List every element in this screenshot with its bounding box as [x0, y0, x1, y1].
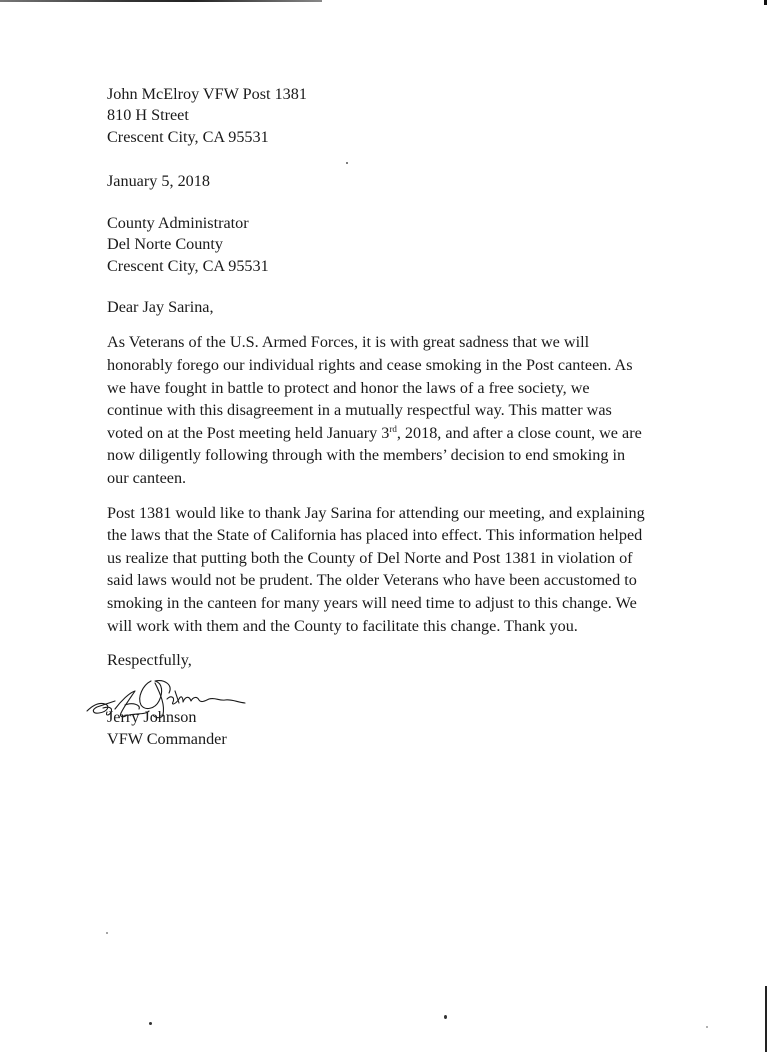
scan-edge-mark — [765, 986, 767, 1052]
body-paragraph-2: Post 1381 would like to thank Jay Sarina… — [107, 502, 707, 638]
paragraph-line: us realize that putting both the County … — [107, 547, 707, 570]
paragraph-line: As Veterans of the U.S. Armed Forces, it… — [107, 331, 707, 354]
paragraph-line: smoking in the canteen for many years wi… — [107, 592, 707, 615]
paragraph-line: honorably forego our individual rights a… — [107, 354, 707, 377]
closing-text: Respectfully, — [107, 650, 707, 671]
meeting-date-continuation: , 2018, and after a close count, we are — [397, 424, 642, 442]
paragraph-line: continue with this disagreement in a mut… — [107, 399, 707, 422]
scan-speck — [106, 932, 108, 934]
scan-edge-top — [0, 0, 322, 2]
recipient-organization: Del Norte County — [107, 234, 707, 255]
salutation-text: Dear Jay Sarina, — [107, 297, 707, 318]
sender-address: John McElroy VFW Post 1381 810 H Street … — [107, 84, 707, 148]
letter: John McElroy VFW Post 1381 810 H Street … — [107, 84, 707, 750]
scan-speck — [444, 1015, 447, 1019]
salutation: Dear Jay Sarina, — [107, 297, 707, 318]
paragraph-line: will work with them and the County to fa… — [107, 615, 707, 638]
paragraph-line: Post 1381 would like to thank Jay Sarina… — [107, 502, 707, 525]
paragraph-line: now diligently following through with th… — [107, 444, 707, 467]
paragraph-line: voted on at the Post meeting held Januar… — [107, 422, 707, 445]
recipient-city-line: Crescent City, CA 95531 — [107, 256, 707, 277]
scan-speck — [149, 1022, 152, 1025]
body-paragraph-1: As Veterans of the U.S. Armed Forces, it… — [107, 331, 707, 489]
recipient-title: County Administrator — [107, 213, 707, 234]
ordinal-suffix: rd — [389, 424, 397, 434]
sender-city-line: Crescent City, CA 95531 — [107, 127, 707, 148]
recipient-address: County Administrator Del Norte County Cr… — [107, 213, 707, 277]
meeting-date-text: voted on at the Post meeting held Januar… — [107, 424, 389, 442]
paragraph-line: we have fought in battle to protect and … — [107, 377, 707, 400]
paragraph-line: our canteen. — [107, 467, 707, 490]
paragraph-line: said laws would not be prudent. The olde… — [107, 569, 707, 592]
paragraph-line: the laws that the State of California ha… — [107, 524, 707, 547]
sender-organization: John McElroy VFW Post 1381 — [107, 84, 707, 105]
closing: Respectfully, — [107, 650, 707, 671]
handwritten-signature-icon — [85, 675, 255, 721]
letter-date: January 5, 2018 — [107, 171, 707, 192]
date-text: January 5, 2018 — [107, 171, 707, 192]
signer-title: VFW Commander — [107, 729, 707, 750]
scan-edge-mark — [764, 0, 767, 5]
sender-street: 810 H Street — [107, 105, 707, 126]
signature-block — [107, 677, 707, 715]
scan-speck — [706, 1026, 708, 1028]
